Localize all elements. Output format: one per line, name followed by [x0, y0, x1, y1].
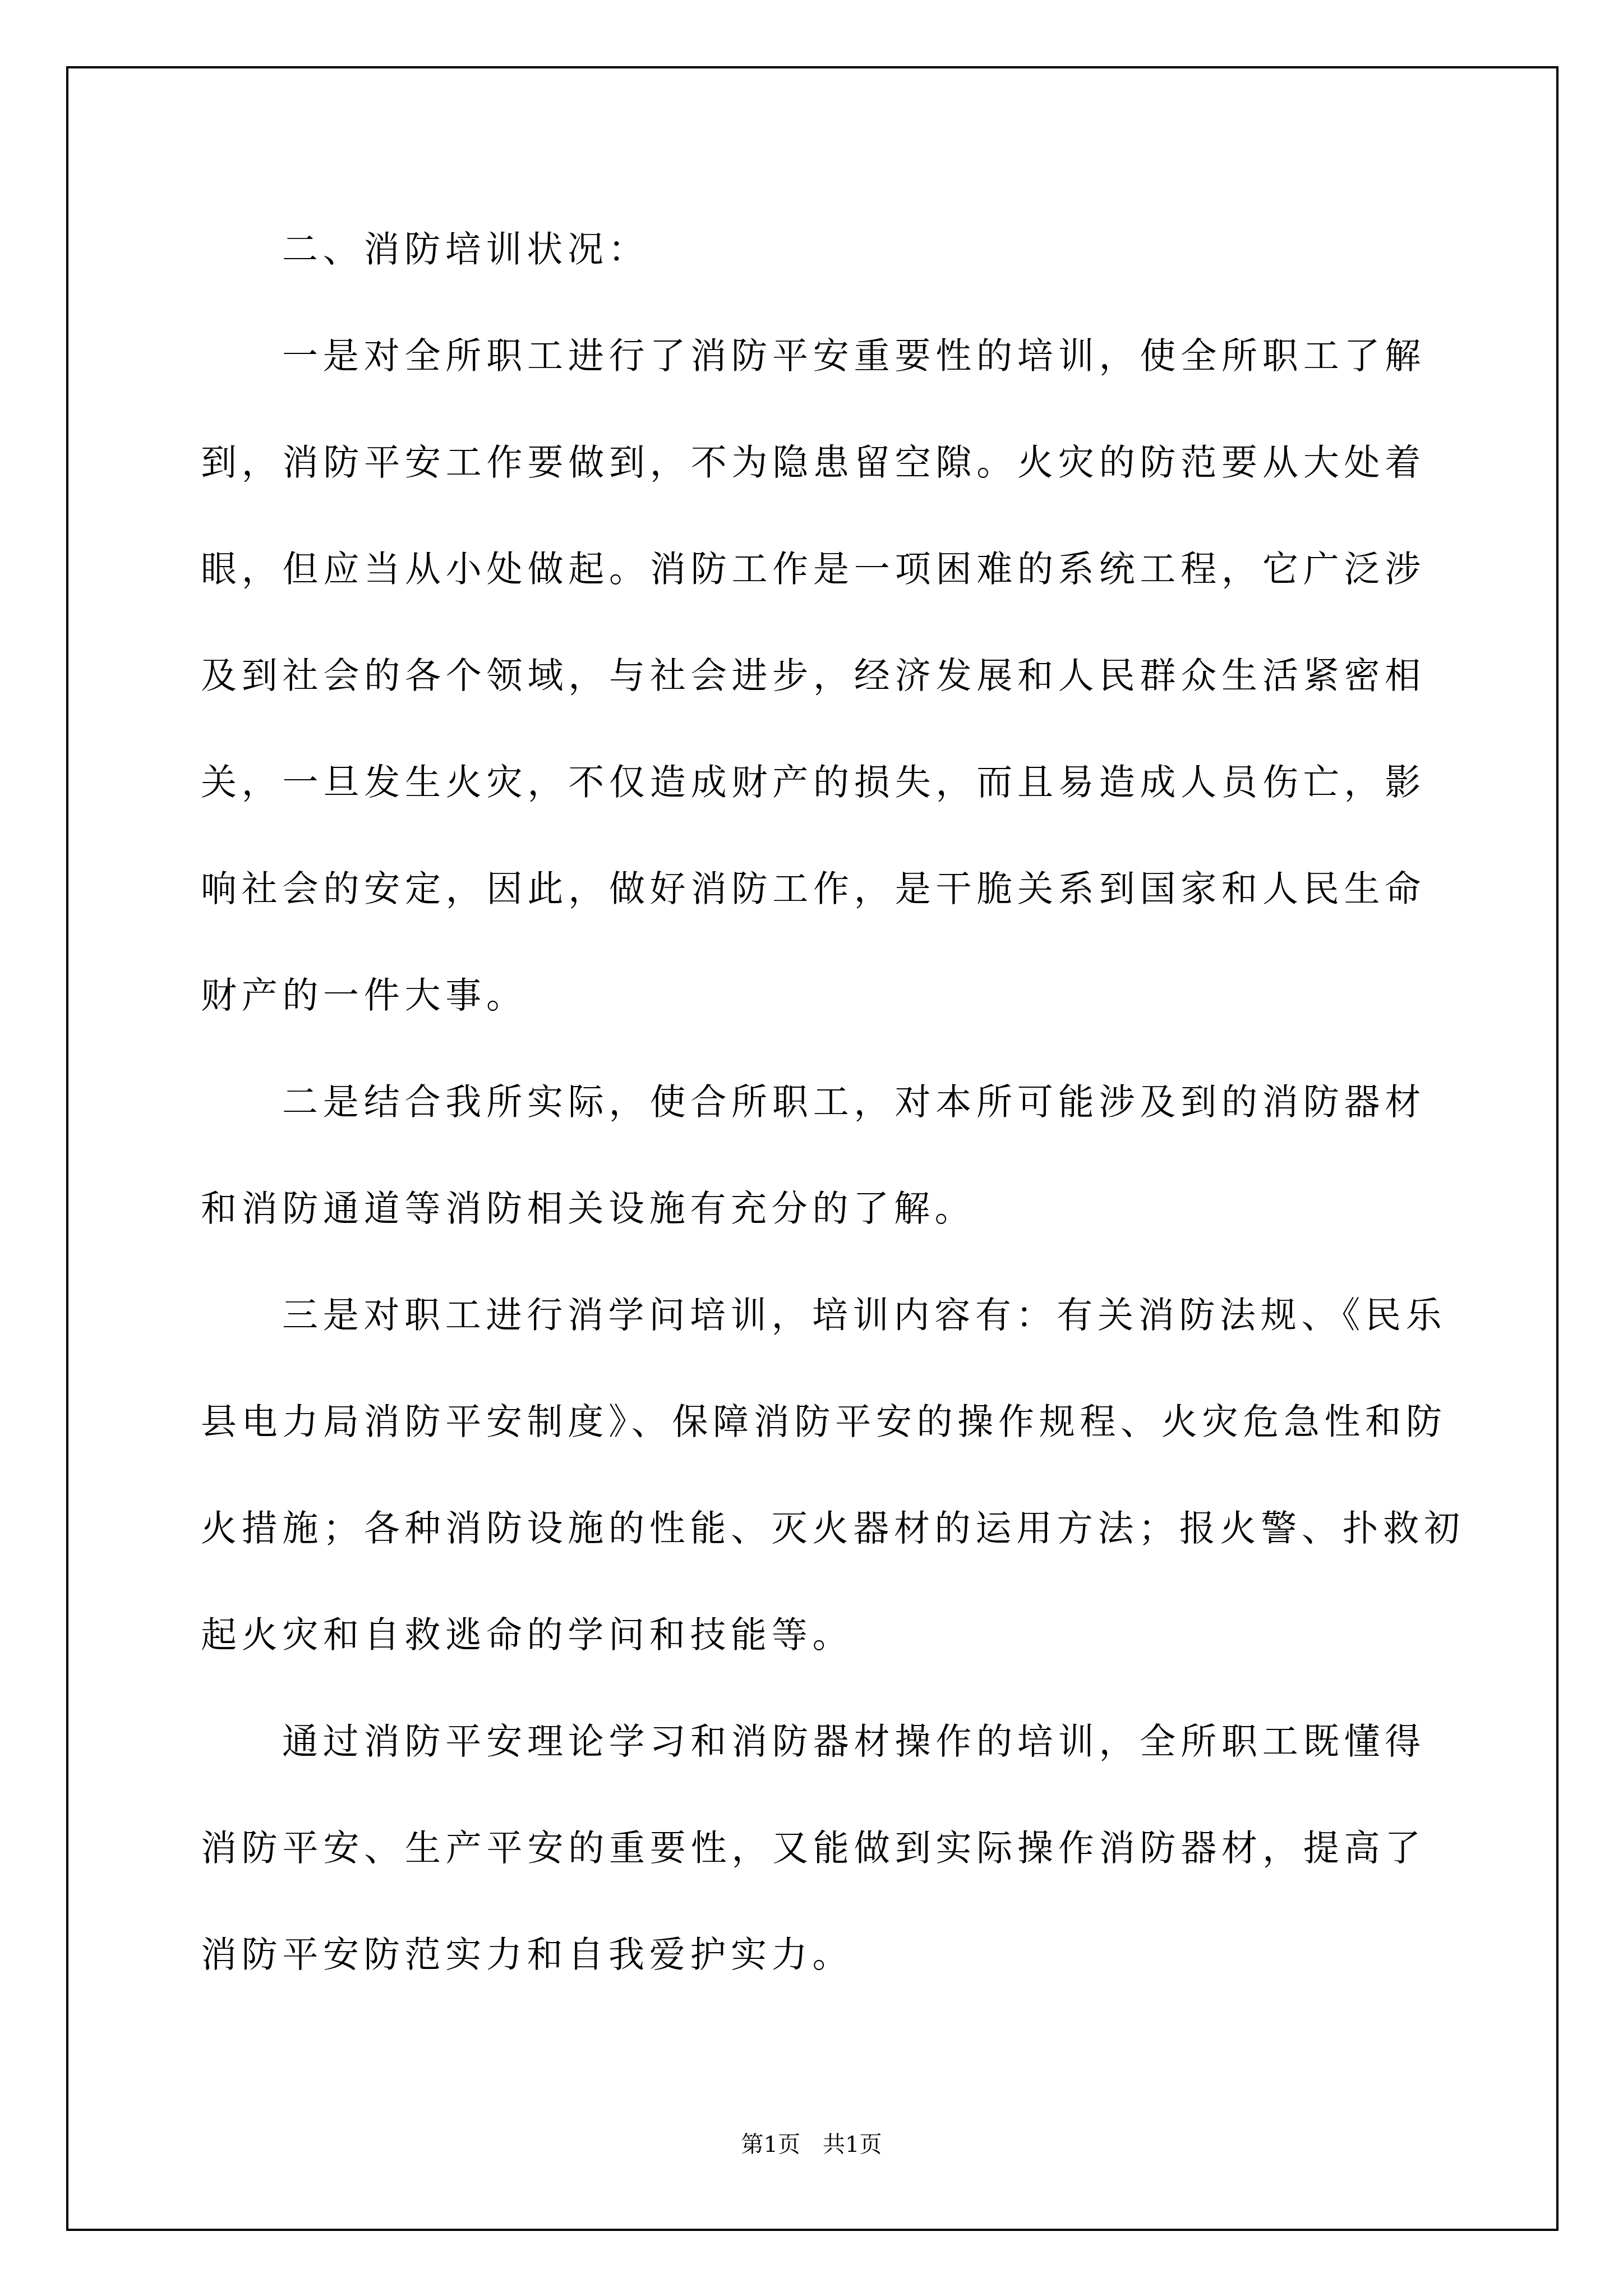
paragraph-line: 消防平安、生产平安的重要性，又能做到实际操作消防器材，提高了	[201, 1821, 1426, 1875]
page-number-footer: 第1页 共1页	[0, 2132, 1623, 2157]
paragraph-line: 通过消防平安理论学习和消防器材操作的培训，全所职工既懂得	[282, 1715, 1426, 1769]
paragraph-line: 眼，但应当从小处做起。消防工作是一项困难的系统工程，它广泛涉	[201, 542, 1426, 596]
paragraph-line: 消防平安防范实力和自我爱护实力。	[201, 1928, 1426, 1982]
paragraph-line: 起火灾和自救逃命的学问和技能等。	[201, 1608, 1426, 1662]
page-border	[66, 66, 1559, 2231]
section-heading: 二、消防培训状况：	[282, 223, 1426, 277]
paragraph-line: 财产的一件大事。	[201, 969, 1426, 1023]
paragraph-line: 二是结合我所实际，使合所职工，对本所可能涉及到的消防器材	[282, 1075, 1426, 1129]
paragraph-line: 关，一旦发生火灾，不仅造成财产的损失，而且易造成人员伤亡，影	[201, 756, 1426, 809]
paragraph-line: 三是对职工进行消学问培训，培训内容有：有关消防法规、《民乐	[282, 1289, 1426, 1342]
paragraph-line: 到，消防平安工作要做到，不为隐患留空隙。火灾的防范要从大处着	[201, 436, 1426, 490]
paragraph-line: 火措施；各种消防设施的性能、灭火器材的运用方法；报火警、扑救初	[201, 1502, 1426, 1556]
paragraph-line: 县电力局消防平安制度》、保障消防平安的操作规程、火灾危急性和防	[201, 1395, 1426, 1449]
paragraph-line: 一是对全所职工进行了消防平安重要性的培训，使全所职工了解	[282, 329, 1426, 383]
paragraph-line: 和消防通道等消防相关设施有充分的了解。	[201, 1182, 1426, 1236]
paragraph-line: 响社会的安定，因此，做好消防工作，是干脆关系到国家和人民生命	[201, 862, 1426, 916]
paragraph-line: 及到社会的各个领域，与社会进步，经济发展和人民群众生活紧密相	[201, 649, 1426, 703]
